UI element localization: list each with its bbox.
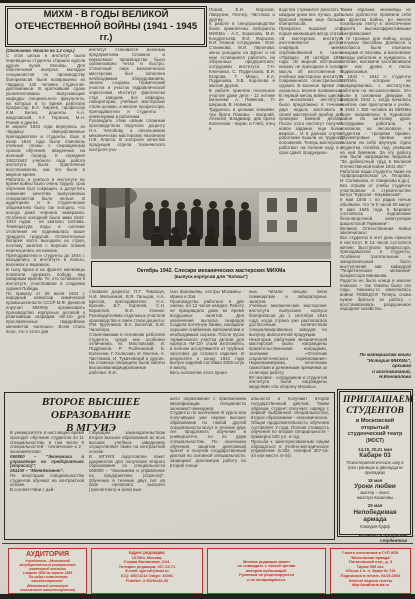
- article-headline-box: МИХМ - В ГОДЫ ВЕЛИКОЙ ОТЕЧЕСТВЕННОЙ ВОЙН…: [7, 8, 205, 45]
- theater-event-3: 25 мая Непобедимая армада Комедия-буфф: [343, 503, 407, 528]
- second-education-title: ВТОРОЕ ВЫСШЕЕ ОБРАЗОВАНИЕ В МГУИЭ: [7, 396, 175, 435]
- theater-header-line2: СТУДЕНТОВ: [343, 406, 407, 417]
- article-col1-text: С этой целью в институт были переведены …: [6, 54, 85, 388]
- article-col2-bottom-text: ствовали доценты: П.Т. Тимошук, Н.И. Мел…: [89, 290, 165, 390]
- footer-masthead-box: АУДИТОРИЯ Учредитель - Московский госуда…: [8, 548, 87, 594]
- footer-paper-name: АУДИТОРИЯ: [10, 551, 85, 559]
- article-title-line1: МИХМ - В ГОДЫ ВЕЛИКОЙ: [8, 9, 204, 21]
- footer-address-lines: 107884, Москва, Старая Басманная, 21/4. …: [93, 556, 201, 584]
- theater-venue-abbr: (МОСТ): [343, 438, 407, 444]
- scan-edge-bottom: [0, 594, 415, 599]
- second-education-col1: В университете в настоящее время проходя…: [10, 431, 84, 533]
- theater-event-1-desc: Психотерапевтическое шоу в трех границах…: [343, 460, 407, 475]
- photo-mechanical-workshop-group: [91, 188, 331, 259]
- footer-disclaimer-lines: Мнение редакции может не совпадать с точ…: [238, 560, 296, 583]
- article-title-line2: ОТЕЧЕСТВЕННОЙ ВОЙНЫ (1941 - 1945 гг.): [8, 21, 204, 44]
- theater-tickets-note: Билеты в профкоме студентов: [343, 533, 407, 544]
- theater-event-2: 18 мая Уроки любви мастер – класс маэстр…: [343, 478, 407, 501]
- footer-history: с марта 1930 по апрель 1993 "За кадры хи…: [10, 571, 85, 591]
- theater-event-1: 14,19, 20,21 мая Кабаре 03 Психотерапевт…: [343, 447, 407, 475]
- second-education-col2: ствующим законодательством второе высшее…: [89, 431, 165, 533]
- footer-address-box: Адрес редакции: 107884, Москва, Старая Б…: [91, 548, 203, 594]
- second-education-specialty-code-1: 060800 – "Экономика и управление на пред…: [10, 455, 84, 469]
- theater-invitation-box: ПРИГЛАШАЕМ СТУДЕНТОВ в Московский открыт…: [339, 391, 411, 535]
- photo-caption-box: Октябрь 1942. Слесари механических масте…: [91, 261, 331, 287]
- footer-print-info-box: Газета отпечатана в ГУП ИПК "Московская …: [330, 548, 411, 594]
- article-col5-text: Таким образом, михмовцы не только доблес…: [340, 8, 411, 348]
- theater-venue: в Московский открытый студенческий театр: [343, 418, 407, 438]
- article-col3-bottom-text: сын Зиновьевы, сестры Мозжины - Ирина и …: [170, 290, 244, 390]
- footer-divider-rule: [2, 543, 413, 544]
- theater-event-1-title: Кабаре 03: [343, 452, 407, 459]
- article-col4-bottom-text: ные. Читали лекции, вели семинарские и л…: [249, 290, 327, 390]
- continuation-note: (Окончание. Начало на 1,2 стр.): [6, 48, 85, 53]
- second-education-col3: шего образования с присвоением квалифика…: [170, 397, 246, 534]
- theater-event-3-desc: Комедия-буфф: [343, 524, 407, 529]
- article-column-1: (Окончание. Начало на 1,2 стр.) С этой ц…: [6, 48, 85, 390]
- second-education-col1-p1: В университете в настоящее время проходя…: [10, 431, 84, 455]
- theater-event-3-title: Непобедимая армада: [343, 509, 407, 524]
- article-byline: По материалам книги "История МИХМа", арх…: [340, 352, 411, 384]
- article-col4-top-text: водства стремился работать с каждым днем…: [279, 8, 343, 186]
- theater-event-2-title: Уроки любви: [343, 483, 407, 490]
- photo-ground: [91, 246, 331, 259]
- second-education-title-line1: ВТОРОЕ ВЫСШЕЕ ОБРАЗОВАНИЕ: [7, 396, 175, 422]
- footer-disclaimer-box: Мнение редакции может не совпадать с точ…: [207, 548, 326, 594]
- second-education-col1-p2: По некоторым специальностям студентов об…: [10, 474, 84, 493]
- photo-caption-line2: (выпуск корпусов для "Катюш"): [92, 274, 330, 280]
- theater-event-2-desc: мастер – класс маэстро Казановы: [343, 490, 407, 500]
- second-education-section: ВТОРОЕ ВЫСШЕЕ ОБРАЗОВАНИЕ В МГУИЭ В унив…: [4, 392, 335, 540]
- article-col2-top-text: институт становится военным предприятием…: [89, 48, 165, 186]
- footer-print-info-lines: Газета отпечатана в ГУП ИПК "Московская …: [332, 551, 409, 588]
- article-col3-top-text: Помов, Е.И. Морозов, Лаврухин, Пехтер, Ч…: [209, 8, 275, 186]
- scan-edge-top: [0, 0, 415, 3]
- footer-founder: Учредитель - Московский государственный …: [10, 559, 85, 571]
- newspaper-page: МИХМ - В ГОДЫ ВЕЛИКОЙ ОТЕЧЕСТВЕННОЙ ВОЙН…: [0, 0, 415, 599]
- theater-header-line1: ПРИГЛАШАЕМ: [343, 395, 407, 406]
- second-education-col4: альности и получают второй государственн…: [251, 397, 329, 534]
